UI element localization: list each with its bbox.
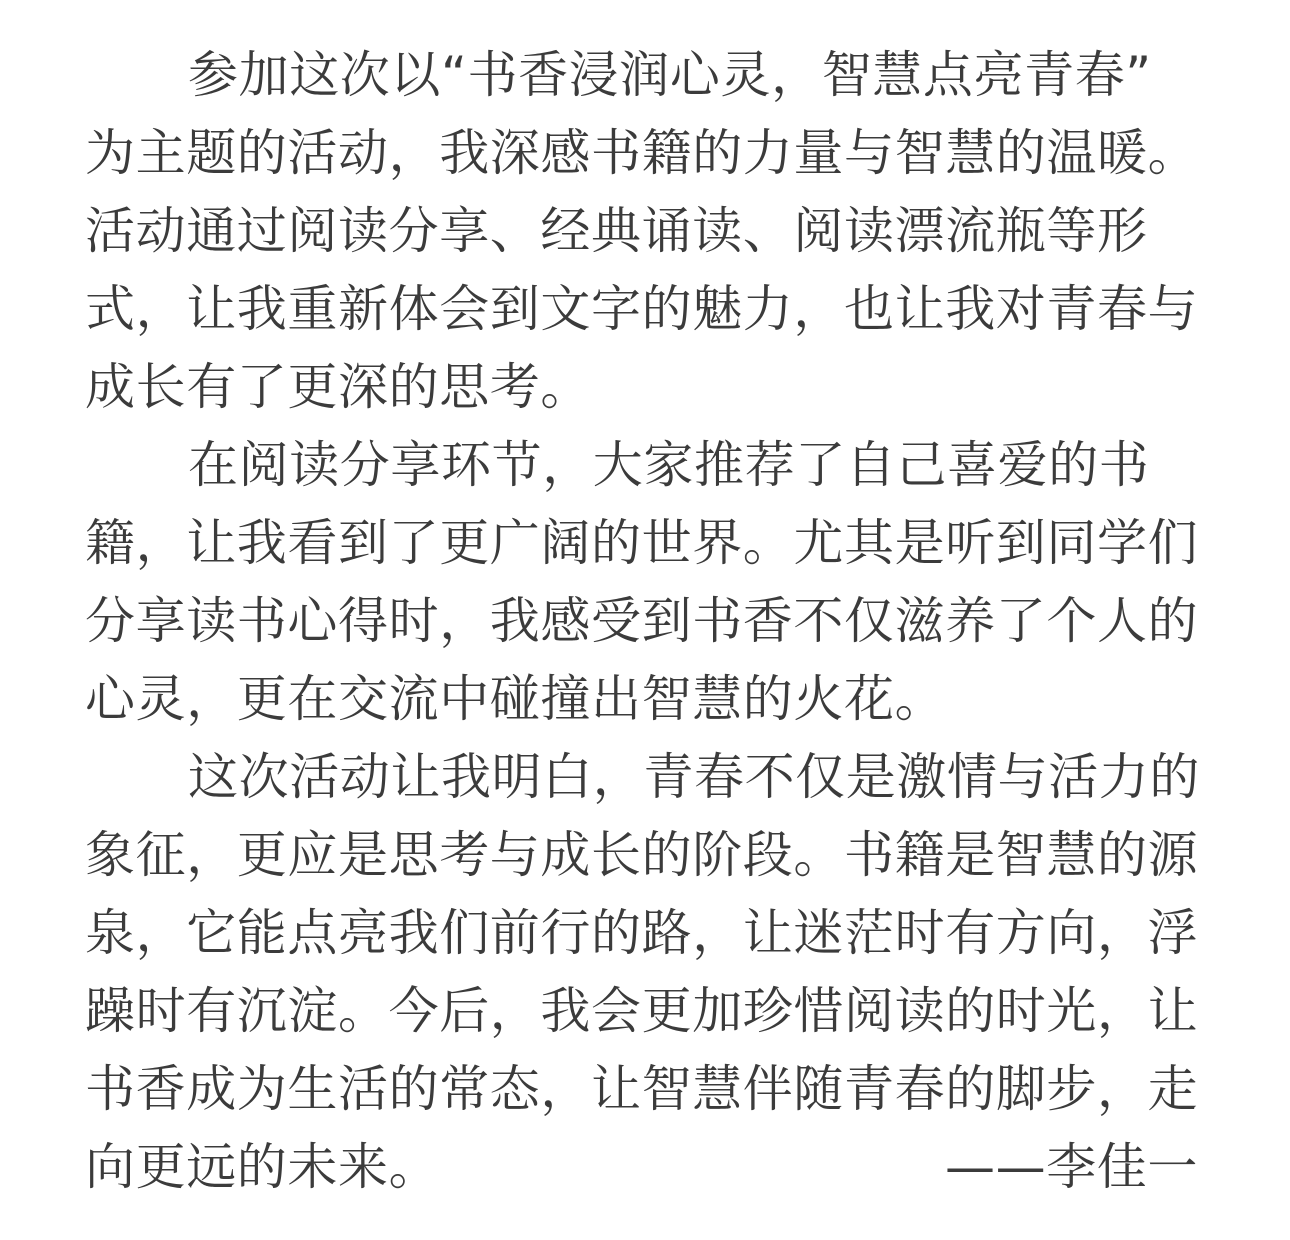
text-line: 分享读书心得时，我感受到书香不仅滋养了个人的: [85, 582, 1205, 660]
text-line: 参加这次以“书香浸润心灵，智慧点亮青春”: [85, 36, 1205, 114]
paragraph-1: 参加这次以“书香浸润心灵，智慧点亮青春” 为主题的活动，我深感书籍的力量与智慧的…: [85, 36, 1205, 426]
text-line: 向更远的未来。: [85, 1138, 439, 1196]
paragraph-3: 这次活动让我明白，青春不仅是激情与活力的 象征，更应是思考与成长的阶段。书籍是智…: [85, 738, 1205, 1206]
text-line: 躁时有沉淀。今后，我会更加珍惜阅读的时光，让: [85, 972, 1205, 1050]
text-line: 成长有了更深的思考。: [85, 348, 1205, 426]
author-signature: ——李佳一: [945, 1128, 1198, 1206]
text-line: 象征，更应是思考与成长的阶段。书籍是智慧的源: [85, 816, 1205, 894]
final-line-row: 向更远的未来。 ——李佳一: [85, 1128, 1205, 1206]
essay-document: 参加这次以“书香浸润心灵，智慧点亮青春” 为主题的活动，我深感书籍的力量与智慧的…: [85, 36, 1205, 1206]
paragraph-2: 在阅读分享环节，大家推荐了自己喜爱的书 籍，让我看到了更广阔的世界。尤其是听到同…: [85, 426, 1205, 738]
text-line: 活动通过阅读分享、经典诵读、阅读漂流瓶等形: [85, 192, 1205, 270]
text-line: 在阅读分享环节，大家推荐了自己喜爱的书: [85, 426, 1205, 504]
text-line: 式，让我重新体会到文字的魅力，也让我对青春与: [85, 270, 1205, 348]
text-line: 籍，让我看到了更广阔的世界。尤其是听到同学们: [85, 504, 1205, 582]
text-line: 为主题的活动，我深感书籍的力量与智慧的温暖。: [85, 114, 1205, 192]
text-line: 书香成为生活的常态，让智慧伴随青春的脚步，走: [85, 1050, 1205, 1128]
text-line: 这次活动让我明白，青春不仅是激情与活力的: [85, 738, 1205, 816]
text-line: 心灵，更在交流中碰撞出智慧的火花。: [85, 660, 1205, 738]
text-line: 泉，它能点亮我们前行的路，让迷茫时有方向，浮: [85, 894, 1205, 972]
